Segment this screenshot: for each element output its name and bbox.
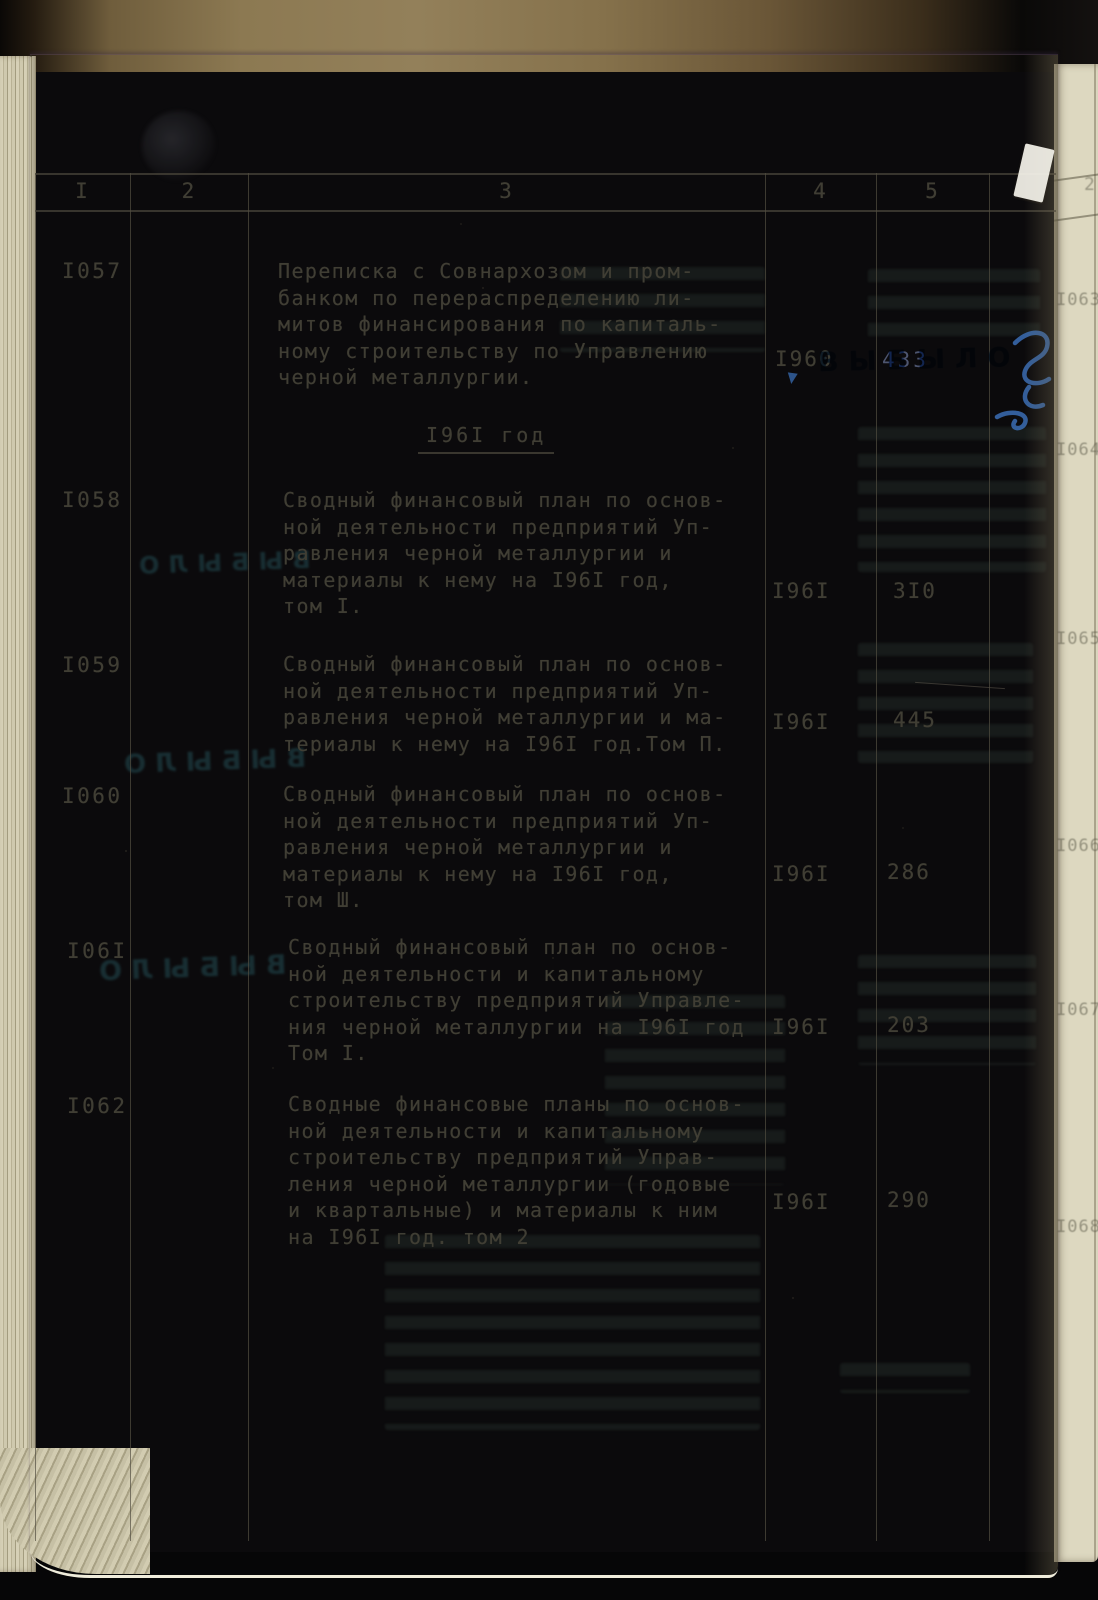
bleed-through-text (840, 1363, 970, 1393)
table-top-line (35, 173, 1056, 175)
bleed-through-text (858, 955, 1036, 1065)
entry-description: Сводный финансовый план по основ- ной де… (283, 487, 783, 620)
entry-year: I96I (772, 579, 831, 603)
entry-year: I96I (772, 710, 831, 734)
next-page-edge: 2 I063 I064 I065 I066 I067 I068 (1054, 64, 1098, 1562)
entry-description: Сводный финансовый план по основ- ной де… (283, 651, 783, 757)
inventory-page: ВЫБЫЛО ВЫБЫЛО ВЫБЫЛО I 2 3 4 5 I057 Пере… (30, 54, 1058, 1578)
column-header-5: 5 (876, 179, 989, 207)
entry-sheet-count: 290 (887, 1188, 931, 1212)
paper-specks (30, 55, 32, 57)
next-page-entry-number: I068 (1056, 1217, 1098, 1237)
entry-number: I060 (62, 784, 172, 808)
entry-description: Переписка с Совнархозом и пром- банком п… (278, 258, 778, 391)
next-page-entry-number: I064 (1056, 440, 1098, 460)
bleed-through-stamp: ВЫБЫЛО (115, 744, 307, 781)
next-page-table-line (1054, 212, 1098, 222)
entry-description: Сводные финансовые планы по основ- ной д… (288, 1091, 788, 1250)
table-header-bottom-line (35, 210, 1056, 212)
column-header-2: 2 (130, 179, 248, 207)
bleed-through-text (858, 643, 1033, 763)
entry-description: Сводный финансовый план по основ- ной де… (283, 781, 783, 914)
entry-sheet-count: 3I0 (893, 579, 937, 603)
entry-year: I96I (772, 1015, 831, 1039)
entry-number: I059 (62, 653, 172, 677)
table-column-line (35, 173, 36, 1541)
pencil-smudge (142, 111, 216, 181)
column-header-3: 3 (248, 179, 765, 207)
bleed-through-text (858, 427, 1046, 572)
entry-number: I062 (67, 1094, 177, 1118)
column-header-4: 4 (765, 179, 876, 207)
entry-sheet-count: 445 (893, 708, 937, 732)
section-heading: I96I год (418, 423, 554, 454)
entry-number: I057 (62, 259, 172, 283)
table-column-line (130, 173, 131, 1541)
next-page-entry-number: I066 (1056, 836, 1098, 856)
bleed-through-text (385, 1235, 760, 1430)
page-edge-shadow (1024, 55, 1058, 1575)
next-page-fold-line (1094, 64, 1096, 1562)
scanned-book-photo: 2 I063 I064 I065 I066 I067 I068 ВЫБЫЛО В… (0, 0, 1098, 1600)
entry-year: I96I (772, 862, 831, 886)
next-page-entry-number: I063 (1056, 290, 1098, 310)
entry-sheet-count: 203 (887, 1013, 931, 1037)
entry-number: I058 (62, 488, 172, 512)
next-page-entry-number: I065 (1056, 629, 1098, 649)
next-page-header-digit: 2 (1084, 174, 1095, 195)
entry-sheet-count: 286 (887, 860, 931, 884)
entry-year: I96I (772, 1190, 831, 1214)
entry-description: Сводный финансовый план по основ- ной де… (288, 934, 788, 1067)
entry-number: I06I (67, 939, 177, 963)
next-page-entry-number: I067 (1056, 1000, 1098, 1020)
stamp-ink-mark (786, 372, 797, 384)
column-header-1: I (35, 179, 130, 207)
table-column-line (248, 173, 249, 1541)
table-column-line (876, 173, 877, 1541)
